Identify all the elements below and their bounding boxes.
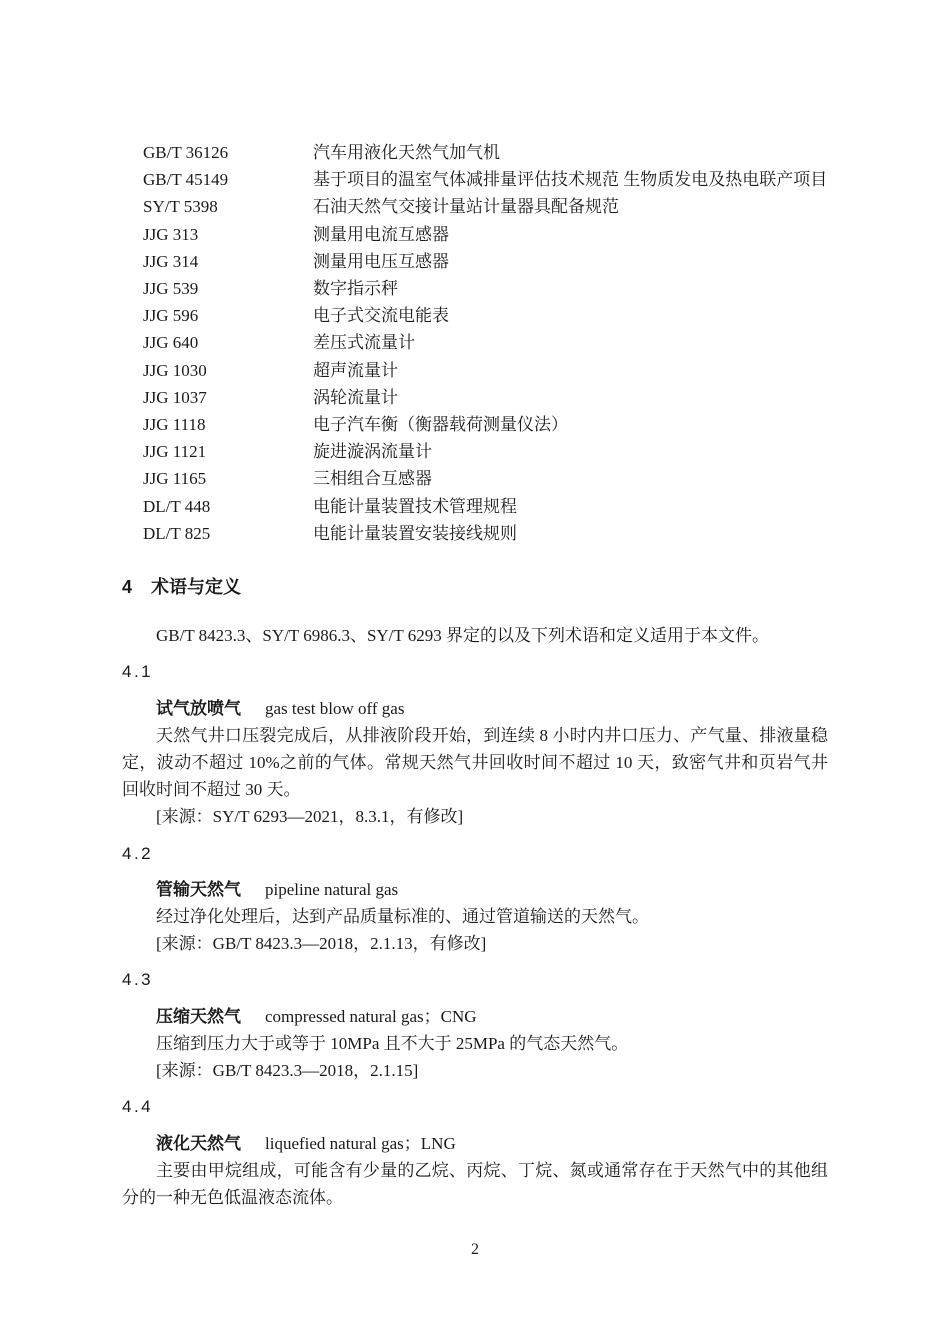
reference-code: JJG 596 <box>143 302 313 329</box>
section-heading: 4 术语与定义 <box>122 574 828 601</box>
reference-row: JJG 539 数字指示秤 <box>122 275 828 302</box>
term-source: [来源：SY/T 6293—2021，8.3.1，有修改] <box>156 803 828 830</box>
section-title: 术语与定义 <box>151 574 241 601</box>
reference-title: 基于项目的温室气体减排量评估技术规范 生物质发电及热电联产项目 <box>313 166 827 193</box>
term-heading: 压缩天然气compressed natural gas；CNG <box>156 1003 828 1030</box>
reference-row: DL/T 825 电能计量装置安装接线规则 <box>122 520 828 547</box>
term-english: liquefied natural gas；LNG <box>265 1134 456 1153</box>
term-definition: 天然气井口压裂完成后，从排液阶段开始，到连续 8 小时内井口压力、产气量、排液量… <box>122 722 828 804</box>
reference-title: 测量用电压互感器 <box>313 248 449 275</box>
reference-code: JJG 539 <box>143 275 313 302</box>
reference-row: JJG 1037 涡轮流量计 <box>122 384 828 411</box>
reference-code: JJG 640 <box>143 329 313 356</box>
reference-title: 差压式流量计 <box>313 329 415 356</box>
clause-number: 4.4 <box>122 1093 828 1120</box>
reference-row: DL/T 448 电能计量装置技术管理规程 <box>122 493 828 520</box>
reference-row: JJG 596 电子式交流电能表 <box>122 302 828 329</box>
term-definition: 经过净化处理后，达到产品质量标准的、通过管道输送的天然气。 <box>122 903 828 930</box>
term-source: [来源：GB/T 8423.3—2018，2.1.15] <box>156 1057 828 1084</box>
section-number: 4 <box>122 574 132 601</box>
clause-number: 4.1 <box>122 658 828 685</box>
document-page: GB/T 36126 汽车用液化天然气加气机 GB/T 45149 基于项目的温… <box>0 0 950 1344</box>
term-source: [来源：GB/T 8423.3—2018，2.1.13，有修改] <box>156 930 828 957</box>
reference-row: JJG 640 差压式流量计 <box>122 329 828 356</box>
term-definition: 主要由甲烷组成，可能含有少量的乙烷、丙烷、丁烷、氮或通常存在于天然气中的其他组分… <box>122 1157 828 1211</box>
term-chinese: 压缩天然气 <box>156 1007 241 1026</box>
term-english: gas test blow off gas <box>265 699 404 718</box>
term-definition: 压缩到压力大于或等于 10MPa 且不大于 25MPa 的气态天然气。 <box>122 1030 828 1057</box>
term-entry: 4.2 管输天然气pipeline natural gas 经过净化处理后，达到… <box>122 840 828 958</box>
reference-code: JJG 1165 <box>143 465 313 492</box>
reference-code: GB/T 36126 <box>143 139 313 166</box>
reference-row: JJG 1165 三相组合互感器 <box>122 465 828 492</box>
term-chinese: 试气放喷气 <box>156 699 241 718</box>
reference-row: JJG 1030 超声流量计 <box>122 357 828 384</box>
term-heading: 试气放喷气gas test blow off gas <box>156 695 828 722</box>
reference-code: DL/T 448 <box>143 493 313 520</box>
term-chinese: 液化天然气 <box>156 1134 241 1153</box>
reference-code: DL/T 825 <box>143 520 313 547</box>
reference-title: 电子汽车衡（衡器载荷测量仪法） <box>313 411 568 438</box>
term-english: compressed natural gas；CNG <box>265 1007 477 1026</box>
term-heading: 液化天然气liquefied natural gas；LNG <box>156 1130 828 1157</box>
term-heading: 管输天然气pipeline natural gas <box>156 876 828 903</box>
reference-code: JJG 1121 <box>143 438 313 465</box>
references-list: GB/T 36126 汽车用液化天然气加气机 GB/T 45149 基于项目的温… <box>122 139 828 547</box>
reference-code: GB/T 45149 <box>143 166 313 193</box>
reference-code: JJG 1037 <box>143 384 313 411</box>
term-entry: 4.1 试气放喷气gas test blow off gas 天然气井口压裂完成… <box>122 658 828 830</box>
reference-title: 石油天然气交接计量站计量器具配备规范 <box>313 193 619 220</box>
reference-title: 涡轮流量计 <box>313 384 398 411</box>
reference-row: JJG 1118 电子汽车衡（衡器载荷测量仪法） <box>122 411 828 438</box>
reference-title: 超声流量计 <box>313 357 398 384</box>
term-entry: 4.3 压缩天然气compressed natural gas；CNG 压缩到压… <box>122 966 828 1084</box>
reference-code: JJG 314 <box>143 248 313 275</box>
reference-title: 三相组合互感器 <box>313 465 432 492</box>
reference-code: JJG 1118 <box>143 411 313 438</box>
reference-title: 测量用电流互感器 <box>313 221 449 248</box>
reference-title: 数字指示秤 <box>313 275 398 302</box>
term-chinese: 管输天然气 <box>156 880 241 899</box>
reference-title: 旋进漩涡流量计 <box>313 438 432 465</box>
reference-title: 电能计量装置安装接线规则 <box>313 520 517 547</box>
reference-title: 汽车用液化天然气加气机 <box>313 139 500 166</box>
reference-code: JJG 1030 <box>143 357 313 384</box>
reference-title: 电子式交流电能表 <box>313 302 449 329</box>
term-english: pipeline natural gas <box>265 880 398 899</box>
reference-row: JJG 313 测量用电流互感器 <box>122 221 828 248</box>
reference-code: SY/T 5398 <box>143 193 313 220</box>
reference-code: JJG 313 <box>143 221 313 248</box>
page-number: 2 <box>0 1236 950 1263</box>
reference-row: JJG 314 测量用电压互感器 <box>122 248 828 275</box>
clause-number: 4.3 <box>122 966 828 993</box>
reference-row: GB/T 45149 基于项目的温室气体减排量评估技术规范 生物质发电及热电联产… <box>122 166 828 193</box>
term-entry: 4.4 液化天然气liquefied natural gas；LNG 主要由甲烷… <box>122 1093 828 1211</box>
section-intro-paragraph: GB/T 8423.3、SY/T 6986.3、SY/T 6293 界定的以及下… <box>122 622 828 649</box>
reference-row: GB/T 36126 汽车用液化天然气加气机 <box>122 139 828 166</box>
reference-title: 电能计量装置技术管理规程 <box>313 493 517 520</box>
reference-row: JJG 1121 旋进漩涡流量计 <box>122 438 828 465</box>
clause-number: 4.2 <box>122 840 828 867</box>
reference-row: SY/T 5398 石油天然气交接计量站计量器具配备规范 <box>122 193 828 220</box>
